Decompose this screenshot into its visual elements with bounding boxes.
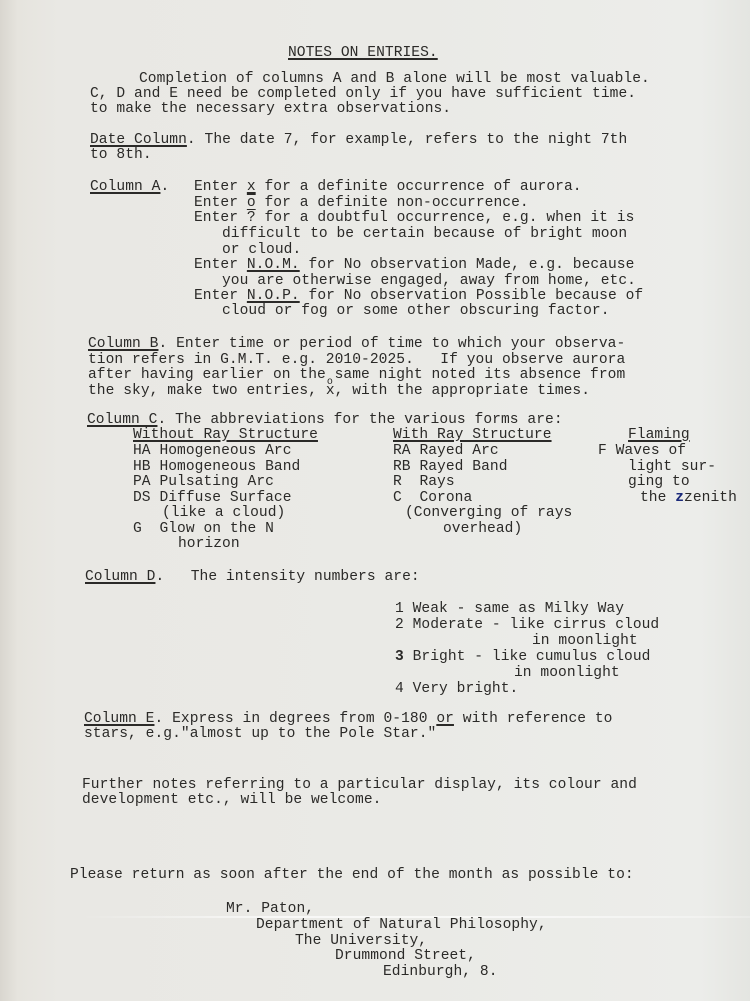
further-notes-2: development etc., will be welcome. <box>82 793 381 809</box>
column-c-heading-with-ray: With Ray Structure <box>393 428 552 444</box>
date-column-section: Date Column. The date 7, for example, re… <box>90 133 627 149</box>
date-column-text: . The date 7, for example, refers to the… <box>187 132 627 148</box>
intensity-3-cont: in moonlight <box>514 666 620 682</box>
column-c-label: Column C <box>87 412 157 428</box>
form-f-note-3: the zzenith <box>640 491 737 507</box>
column-a-label: Column A. <box>90 180 169 196</box>
form-r: R Rays <box>393 475 455 491</box>
form-c-note-2: overhead) <box>443 522 522 538</box>
form-ra: RA Rayed Arc <box>393 444 499 460</box>
column-a-entry-3-cont-1: difficult to be certain because of brigh… <box>222 227 627 243</box>
column-e-line-2: stars, e.g."almost up to the Pole Star." <box>84 727 436 743</box>
address-line-4: Drummond Street, <box>335 949 476 965</box>
document-page: NOTES ON ENTRIES. Completion of columns … <box>0 0 750 1001</box>
form-pa: PA Pulsating Arc <box>133 475 274 491</box>
address-line-2: Department of Natural Philosophy, <box>256 918 547 934</box>
intensity-3: 3 Bright - like cumulus cloud <box>395 650 650 666</box>
column-a-entry-4: Enter N.O.M. for No observation Made, e.… <box>194 258 634 274</box>
column-b-line-4: the sky, make two entries, ox, with the … <box>88 384 590 400</box>
form-c-note: (Converging of rays <box>405 506 572 522</box>
form-g-note: horizon <box>178 537 240 553</box>
form-ha: HA Homogeneous Arc <box>133 444 292 460</box>
column-c-heading-without-ray: Without Ray Structure <box>133 428 318 444</box>
column-d-intro: Column D. The intensity numbers are: <box>85 570 420 586</box>
column-a-entry-5-cont: cloud or fog or some other obscuring fac… <box>222 304 610 320</box>
form-f: F Waves of <box>598 444 686 460</box>
date-column-label: Date Column <box>90 132 187 148</box>
column-b-line-1: Column B. Enter time or period of time t… <box>88 337 625 353</box>
address-line-5: Edinburgh, 8. <box>383 965 498 981</box>
column-d-label: Column D <box>85 569 155 585</box>
column-e-label: Column E <box>84 711 154 727</box>
column-a-entry-1: Enter x for a definite occurrence of aur… <box>194 180 582 196</box>
address-line-1: Mr. Paton, <box>226 902 314 918</box>
column-c-heading-flaming: Flaming <box>628 428 690 444</box>
column-a-entry-3: Enter ? for a doubtful occurrence, e.g. … <box>194 211 634 227</box>
ink-correction: z <box>675 490 684 506</box>
intensity-1: 1 Weak - same as Milky Way <box>395 602 624 618</box>
return-note: Please return as soon after the end of t… <box>70 868 634 884</box>
intensity-4: 4 Very bright. <box>395 682 518 698</box>
intensity-2: 2 Moderate - like cirrus cloud <box>395 618 659 634</box>
form-ds-note: (like a cloud) <box>162 506 285 522</box>
date-column-text-2: to 8th. <box>90 148 152 164</box>
column-b-label: Column B <box>88 336 158 352</box>
intensity-2-cont: in moonlight <box>532 634 638 650</box>
intro-line-3: to make the necessary extra observations… <box>90 102 451 118</box>
column-b-line-3: after having earlier on the same night n… <box>88 368 625 384</box>
page-title: NOTES ON ENTRIES. <box>288 46 438 62</box>
form-f-note-2: ging to <box>628 475 690 491</box>
